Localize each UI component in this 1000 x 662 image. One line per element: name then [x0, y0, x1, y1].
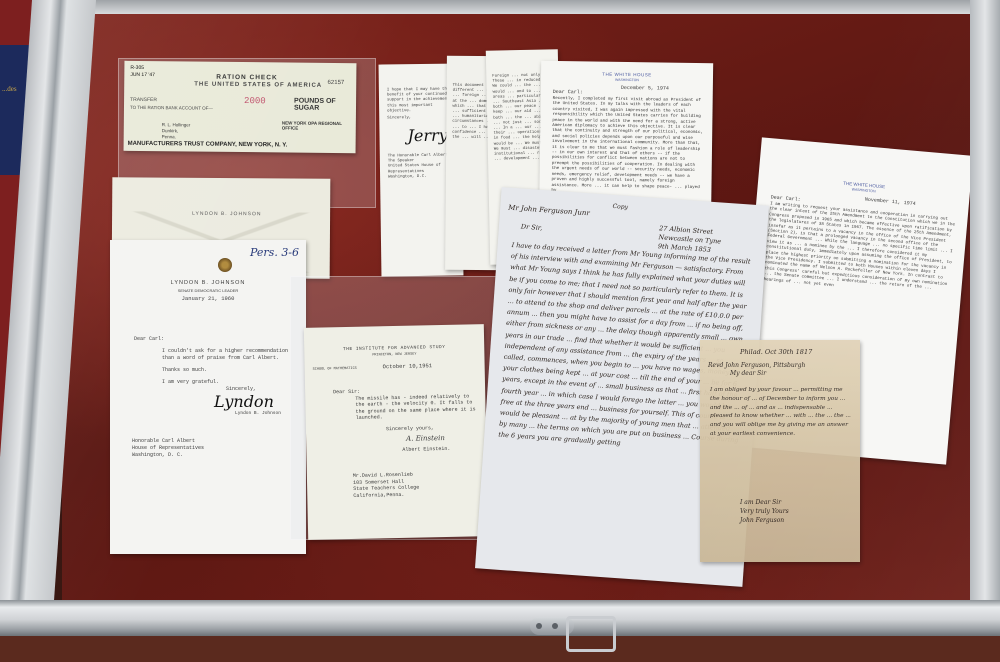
addressee: Mr.David L.Rosenlieb 103 Somerset Hall S… — [353, 472, 420, 499]
envelope-sender: LYNDON B. JOHNSON — [192, 211, 261, 217]
letter-body: Recently, I completed my first visit abr… — [551, 97, 704, 196]
check-issuer: THE UNITED STATES OF AMERICA — [194, 82, 322, 89]
addressee: Honorable Carl Albert House of Represent… — [132, 438, 204, 459]
case-frame-right — [970, 0, 1000, 620]
wood-base — [0, 636, 1000, 662]
closing: I am Dear Sir Very truly Yours John Ferg… — [740, 498, 789, 525]
transfer-label: TRANSFER — [130, 97, 157, 103]
letterhead-title: SENATE DEMOCRATIC LEADER — [110, 288, 306, 293]
check-number: 62157 — [328, 80, 345, 86]
display-case-photo: ...des R-305 JUN 17 '47 RATION CHECK THE… — [0, 0, 1000, 662]
letter-date: January 21, 1960 — [110, 295, 306, 302]
handwritten-annotation: Pers. 3-6 — [250, 246, 299, 259]
eagle-seal-icon — [218, 258, 232, 272]
opa-office: NEW YORK OPA REGIONAL OFFICE — [282, 120, 356, 131]
letter-body: Dear Carl: I couldn't ask for a higher r… — [134, 336, 294, 391]
to-account-label: TO THE RATION BANK ACCOUNT OF— — [130, 105, 213, 111]
einstein-signature: A. Einstein — [406, 434, 445, 443]
parchment-letter-1817: Philad. Oct 30th 1817 Revd John Ferguson… — [700, 340, 860, 562]
letterhead-name: LYNDON B. JOHNSON — [110, 280, 306, 286]
check-title: RATION CHECK — [216, 74, 277, 82]
letter-date: November 11, 1974 — [865, 197, 916, 207]
gold-lettering: ...des — [2, 85, 17, 93]
check-amount: 2000 — [244, 96, 266, 106]
check-date: JUN 17 '47 — [130, 72, 155, 78]
letter-body: I am writing to request your assistance … — [763, 202, 955, 299]
case-frame-bottom — [0, 600, 1000, 636]
screw-icon — [552, 623, 558, 629]
lbj-letter: Pers. 3-6 LYNDON B. JOHNSON SENATE DEMOC… — [110, 240, 306, 554]
ration-check: R-305 JUN 17 '47 RATION CHECK THE UNITED… — [124, 61, 357, 153]
lbj-signature: Lyndon — [214, 392, 274, 411]
check-unit: POUNDS OF SUGAR — [294, 98, 356, 113]
ford-signature: Jerry — [407, 126, 447, 146]
letter-body: I am obliged by your favour ... permitti… — [710, 386, 852, 439]
latch-hasp[interactable] — [566, 616, 616, 652]
letter-date: October 10,1951 — [383, 362, 433, 370]
form-tag: R-305 — [130, 65, 144, 71]
recipient: Mr John Ferguson Junr — [508, 204, 590, 218]
payee: R. L. Hollinger Dunkirk, Penna. — [162, 122, 191, 140]
bank-name: MANUFACTURERS TRUST COMPANY, NEW YORK, N… — [128, 141, 288, 149]
letter-date: Philad. Oct 30th 1817 — [740, 348, 812, 356]
einstein-letter: THE INSTITUTE FOR ADVANCED STUDY PRINCET… — [304, 324, 488, 540]
case-frame-top — [60, 0, 1000, 14]
screw-icon — [536, 623, 542, 629]
letter-body: Dear Sir: The missile has - indeed relat… — [333, 386, 480, 422]
letter-date: December 5, 1974 — [621, 85, 669, 92]
